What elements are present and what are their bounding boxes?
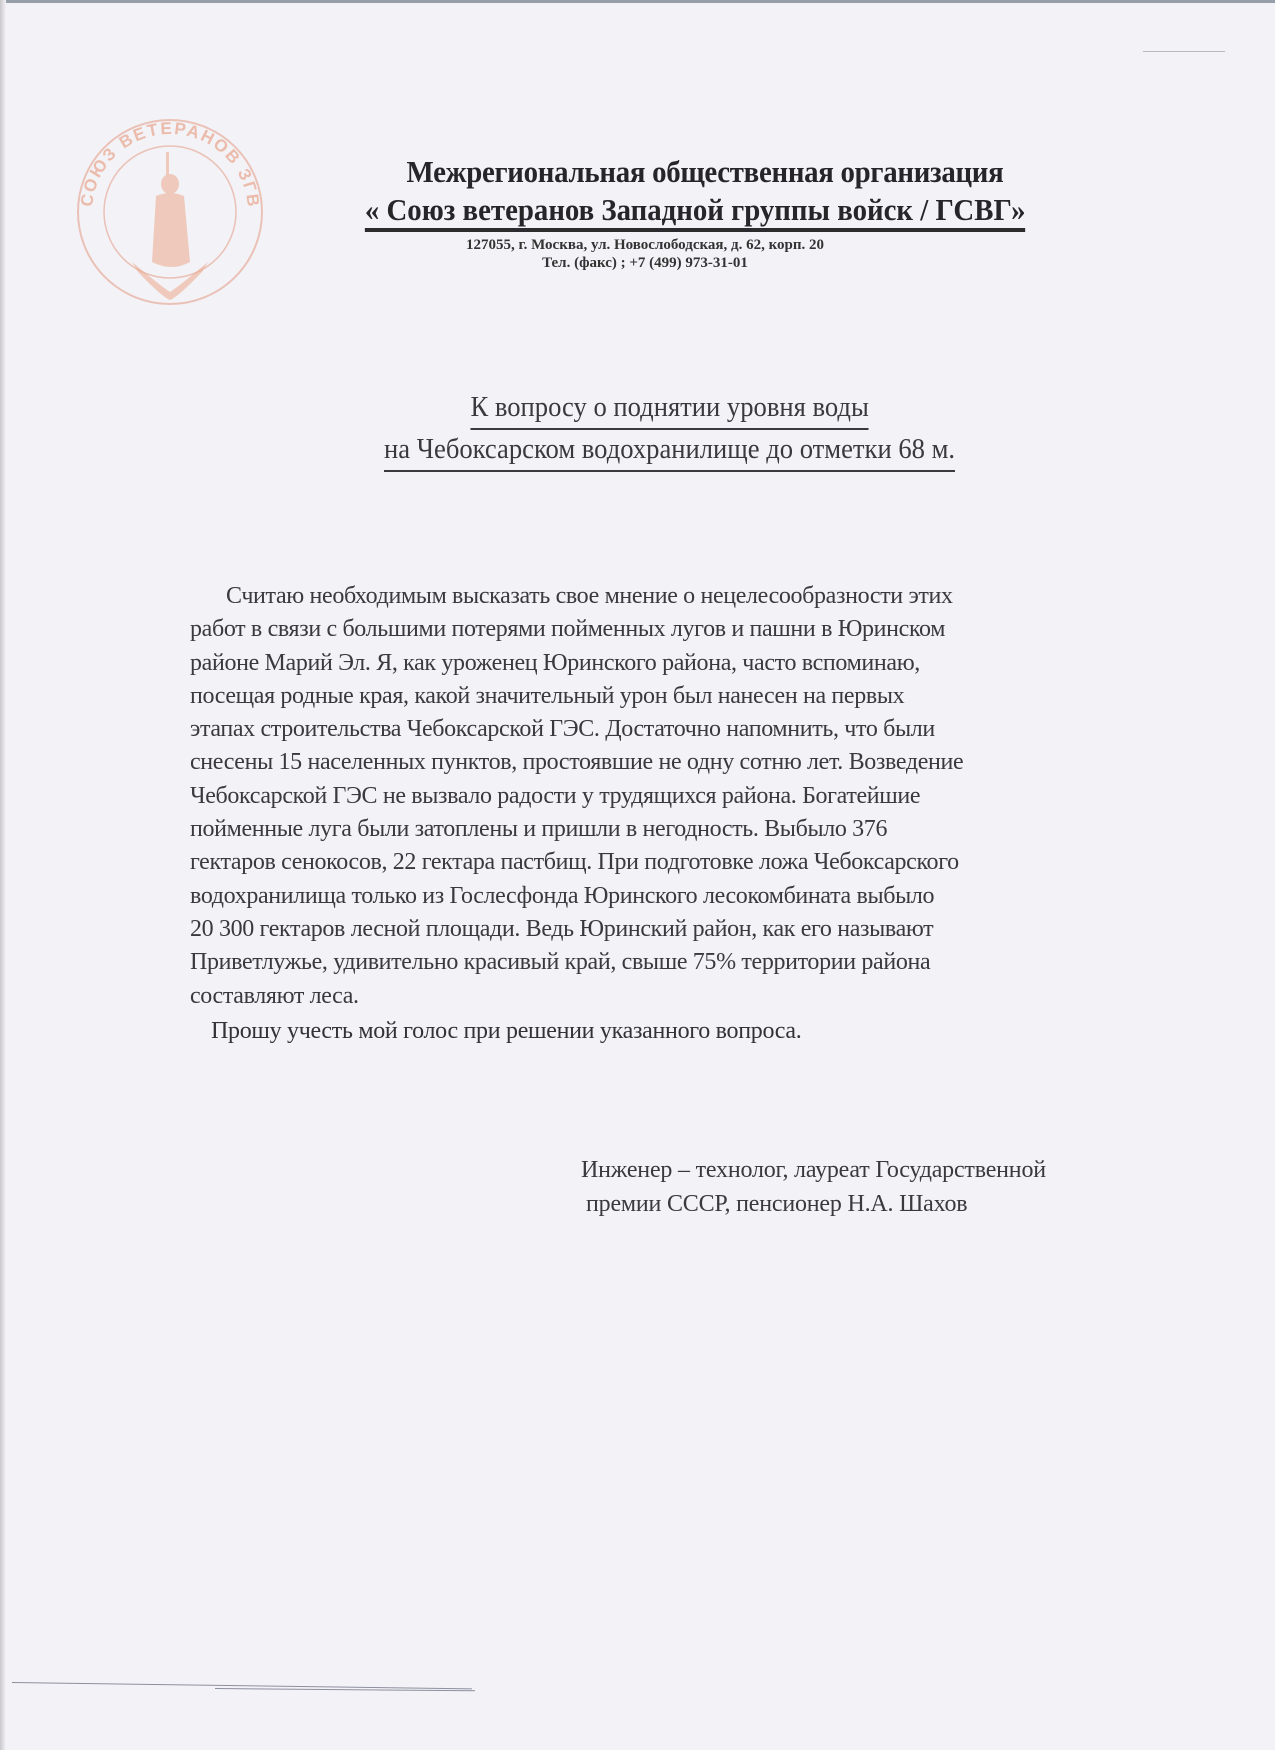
body-line: 20 300 гектаров лесной площади. Ведь Юри…	[190, 913, 1160, 946]
signature-title: Инженер – технолог, лауреат Государствен…	[581, 1153, 1201, 1187]
body-line: этапах строительства Чебоксарской ГЭС. Д…	[190, 713, 1160, 746]
letterhead: Межрегиональная общественная организация…	[280, 152, 1130, 232]
body-line: посещая родные края, какой значительный …	[190, 680, 1160, 713]
veterans-union-seal-icon: СОЮЗ ВЕТЕРАНОВ ЗГВ (ГСВГ)	[62, 112, 278, 312]
scan-edge-top	[0, 0, 1275, 3]
body-line: снесены 15 населенных пунктов, простоявш…	[190, 746, 1160, 779]
body-paragraph: Считаю необходимым высказать свое мнение…	[190, 580, 1160, 1013]
body-line: Приветлужье, удивительно красивый край, …	[190, 946, 1160, 979]
body-line: составляют леса.	[190, 980, 1160, 1013]
organization-name: Межрегиональная общественная организация	[310, 152, 1101, 192]
scan-mark-top-right	[1143, 51, 1225, 52]
body-line: Чебоксарской ГЭС не вызвало радости у тр…	[190, 780, 1160, 813]
organization-phone: Тел. (факс) ; +7 (499) 973-31-01	[430, 254, 860, 272]
body-line: пойменные луга были затоплены и пришли в…	[190, 813, 1160, 846]
signature-block: Инженер – технолог, лауреат Государствен…	[581, 1153, 1201, 1221]
organization-address: 127055, г. Москва, ул. Новослободская, д…	[430, 236, 860, 254]
title-line-2: на Чебоксарском водохранилище до отметки…	[384, 430, 955, 472]
body-line: водохранилища только из Гослесфонда Юрин…	[190, 880, 1160, 913]
body-line: работ в связи с большими потерями поймен…	[190, 613, 1160, 646]
title-line-1: К вопросу о поднятии уровня воды	[471, 388, 869, 430]
organization-full-name: « Союз ветеранов Западной группы войск /…	[365, 192, 1026, 232]
body-line: гектаров сенокосов, 22 гектара пастбищ. …	[190, 846, 1160, 879]
closing-request: Прошу учесть мой голос при решении указа…	[193, 1015, 1153, 1048]
signature-name: премии СССР, пенсионер Н.А. Шахов	[581, 1187, 1201, 1221]
body-line: Считаю необходимым высказать свое мнение…	[190, 580, 1160, 613]
scan-edge-left	[0, 0, 6, 1750]
body-line: районе Марий Эл. Я, как уроженец Юринско…	[190, 647, 1160, 680]
letterhead-contacts: 127055, г. Москва, ул. Новослободская, д…	[430, 236, 860, 272]
document-title: К вопросу о поднятии уровня воды на Чебо…	[240, 388, 1100, 472]
